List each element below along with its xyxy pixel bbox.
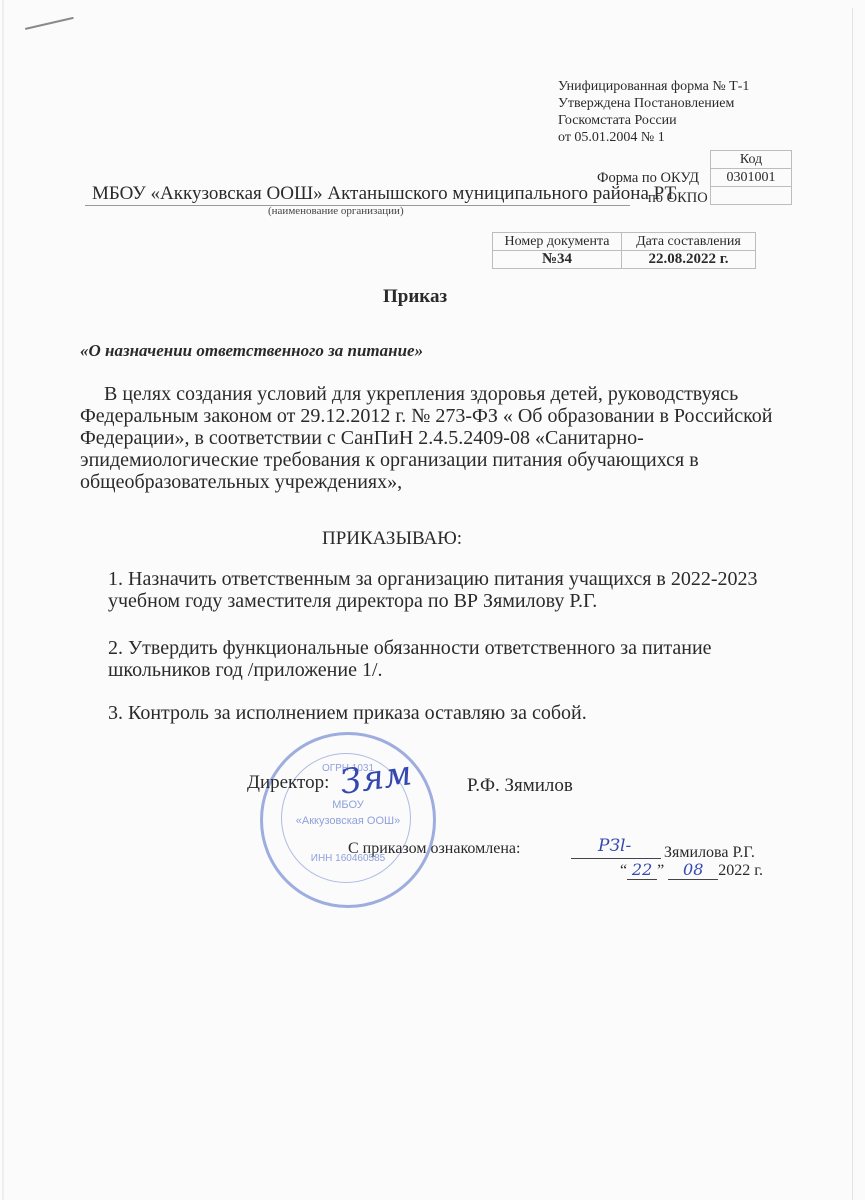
code-header: Код <box>711 151 792 169</box>
okud-value: 0301001 <box>711 169 792 187</box>
order-item-2: 2. Утвердить функциональные обязанности … <box>108 637 712 681</box>
document-title: Приказ <box>383 286 447 308</box>
acknowledgement-signature: РЗl- <box>598 836 631 856</box>
order-item-line: учебном году заместителя директора по ВР… <box>108 590 758 612</box>
ack-day: 22 <box>627 860 657 880</box>
organization-name: МБОУ «Аккузовская ООШ» Актанышского муни… <box>92 183 676 205</box>
ack-month: 08 <box>668 860 718 880</box>
stamp-center-line2: «Аккузовская ООШ» <box>263 815 433 827</box>
pencil-mark <box>25 17 74 30</box>
preamble-line: эпидемиологические требования к организа… <box>80 449 780 471</box>
code-table: Код 0301001 <box>710 150 792 205</box>
unified-form-note: Унифицированная форма № Т-1 Утверждена П… <box>558 78 749 146</box>
preamble-line: В целях создания условий для укрепления … <box>104 383 738 405</box>
scan-edge-right <box>852 8 853 1200</box>
order-word: ПРИКАЗЫВАЮ: <box>322 528 462 550</box>
order-item-line: школьников год /приложение 1/. <box>108 659 712 681</box>
preamble-line: Федеральным законом от 29.12.2012 г. № 2… <box>80 405 780 427</box>
order-item-line: 3. Контроль за исполнением приказа остав… <box>108 702 587 724</box>
director-label: Директор: <box>247 772 329 794</box>
okpo-value <box>711 187 792 205</box>
organization-caption: (наименование организации) <box>268 205 404 217</box>
director-name: Р.Ф. Зямилов <box>467 775 573 797</box>
doc-date-header: Дата составления <box>622 233 756 251</box>
scan-edge-left <box>2 0 4 1200</box>
form-note-line: Госкомстата России <box>558 112 749 129</box>
document-info-table: Номер документа Дата составления №34 22.… <box>492 232 756 269</box>
doc-number-value: №34 <box>493 251 622 269</box>
acknowledgement-date: “22” 082022 г. <box>620 860 763 880</box>
form-note-line: от 05.01.2004 № 1 <box>558 129 749 146</box>
acknowledgement-signature-line <box>571 858 661 859</box>
doc-number-header: Номер документа <box>493 233 622 251</box>
quote-open: “ <box>620 862 627 879</box>
preamble-line: общеобразовательных учреждениях», <box>80 471 780 493</box>
form-note-line: Утверждена Постановлением <box>558 95 749 112</box>
acknowledgement-label: С приказом ознакомлена: <box>348 840 520 858</box>
order-item-1: 1. Назначить ответственным за организаци… <box>108 568 758 612</box>
order-item-3: 3. Контроль за исполнением приказа остав… <box>108 702 587 724</box>
preamble: В целях создания условий для укрепления … <box>80 383 780 493</box>
order-item-line: 2. Утвердить функциональные обязанности … <box>108 637 712 659</box>
ack-year: 2022 г. <box>718 862 763 879</box>
document-subject: «О назначении ответственного за питание» <box>80 341 423 361</box>
order-item-line: 1. Назначить ответственным за организаци… <box>108 568 758 590</box>
quote-close: ” <box>657 862 664 879</box>
doc-date-value: 22.08.2022 г. <box>622 251 756 269</box>
form-note-line: Унифицированная форма № Т-1 <box>558 78 749 95</box>
preamble-line: Федерации», в соответствии с СанПиН 2.4.… <box>80 427 780 449</box>
